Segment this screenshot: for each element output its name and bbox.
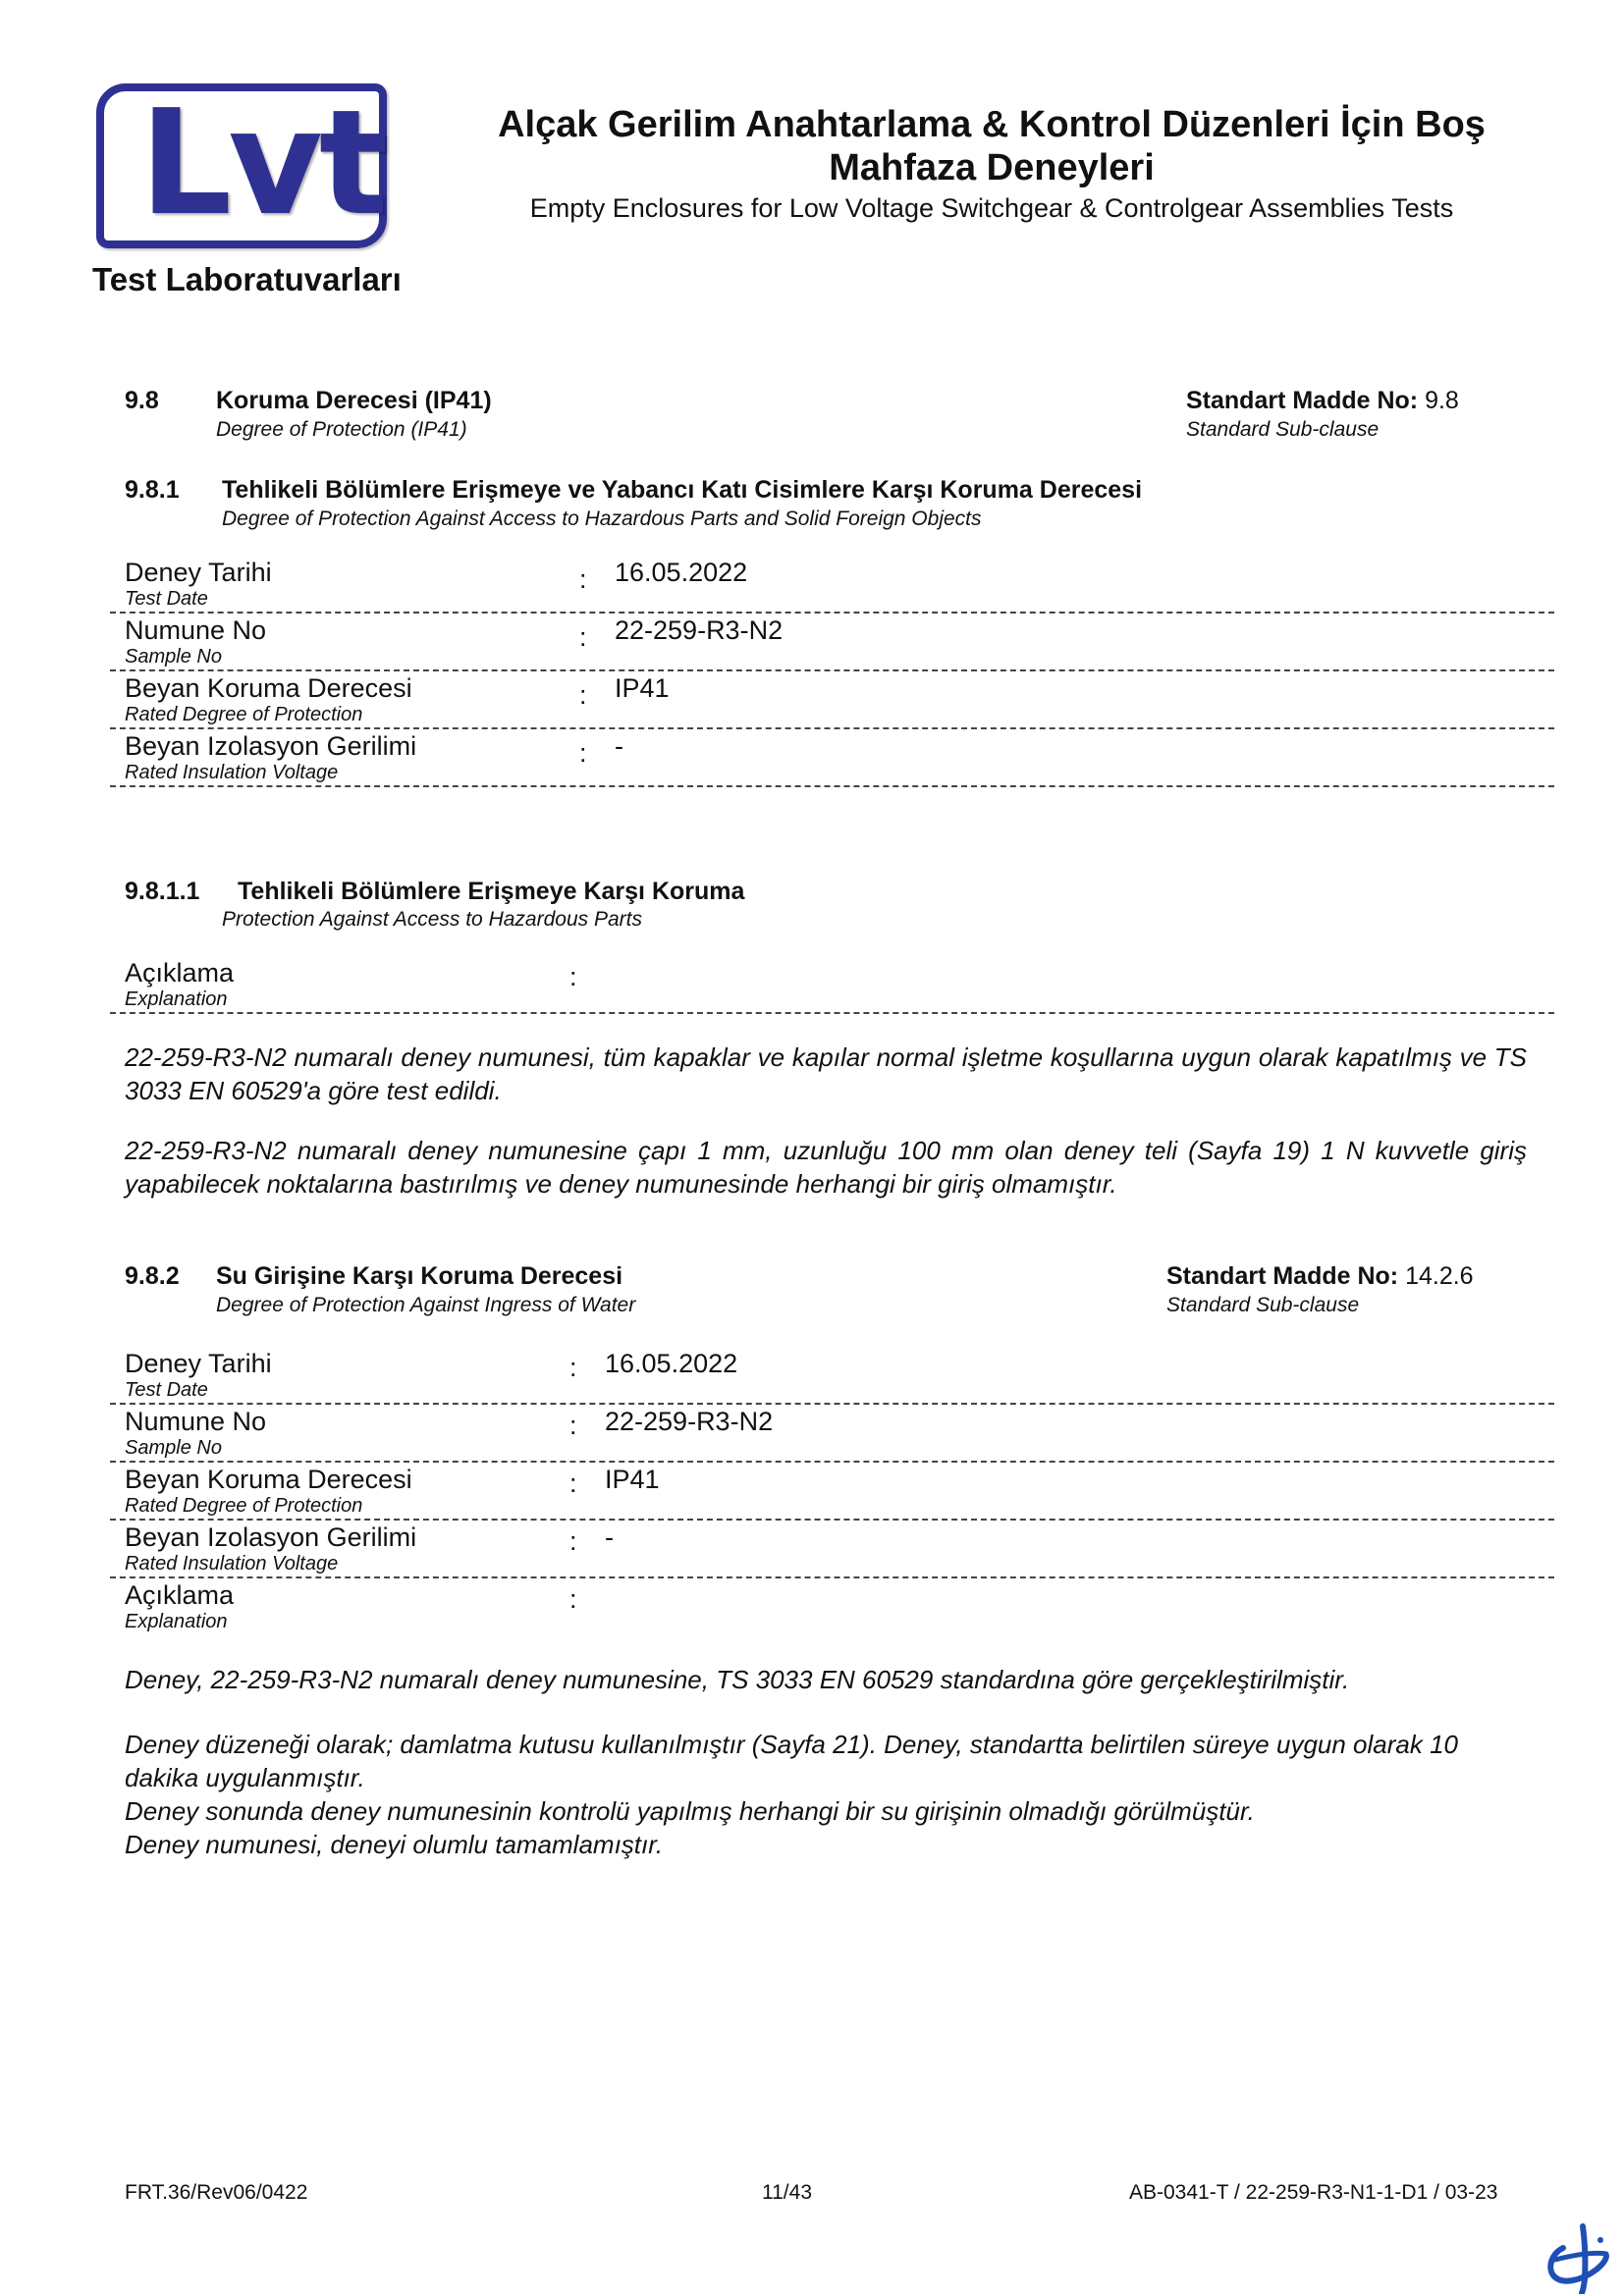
standard-clause-value: 9.8	[1425, 387, 1459, 414]
field-value: -	[605, 1522, 614, 1553]
signature-icon	[1542, 2220, 1620, 2294]
standard-clause-value: 14.2.6	[1405, 1262, 1474, 1290]
section-title: Tehlikeli Bölümlere Erişmeye ve Yabancı …	[222, 476, 1142, 505]
section-number: 9.8.1.1	[125, 878, 199, 906]
field-value: 22-259-R3-N2	[605, 1407, 773, 1437]
field-label: Numune No	[125, 1407, 266, 1437]
explanation-paragraph: Deney numunesi, deneyi olumlu tamamlamış…	[125, 1828, 1529, 1861]
table-row: Beyan Izolasyon Gerilimi Rated Insulatio…	[110, 1521, 1554, 1578]
table-row: Açıklama Explanation :	[110, 956, 1554, 1014]
field-label-en: Sample No	[125, 646, 222, 668]
document-subtitle: Empty Enclosures for Low Voltage Switchg…	[461, 193, 1522, 224]
table-row: Numune No Sample No : 22-259-R3-N2	[110, 614, 1554, 671]
document-title-line1: Alçak Gerilim Anahtarlama & Kontrol Düze…	[461, 104, 1522, 146]
field-value: IP41	[605, 1465, 660, 1495]
field-label-en: Test Date	[125, 1379, 208, 1402]
field-label-en: Rated Insulation Voltage	[125, 762, 338, 784]
standard-clause-label: Standart Madde No: 9.8	[1186, 387, 1459, 415]
field-label-en: Rated Degree of Protection	[125, 1495, 362, 1518]
section-number: 9.8	[125, 387, 159, 415]
field-separator: :	[569, 962, 577, 992]
standard-clause-label: Standart Madde No: 14.2.6	[1166, 1262, 1474, 1291]
explanation-paragraph: 22-259-R3-N2 numaralı deney numunesi, tü…	[125, 1041, 1527, 1107]
field-label-en: Explanation	[125, 1611, 228, 1633]
field-label-en: Explanation	[125, 988, 228, 1011]
section-title: Su Girişine Karşı Koruma Derecesi	[216, 1262, 622, 1291]
field-label: Beyan Koruma Derecesi	[125, 673, 412, 704]
field-separator: :	[569, 1353, 577, 1383]
field-separator: :	[579, 738, 587, 769]
explanation-paragraph: Deney düzeneği olarak; damlatma kutusu k…	[125, 1728, 1539, 1794]
field-label-en: Test Date	[125, 588, 208, 611]
field-value: -	[615, 731, 623, 762]
standard-clause-label-text: Standart Madde No:	[1186, 387, 1418, 414]
section-subtitle: Degree of Protection Against Ingress of …	[216, 1294, 635, 1317]
field-label-en: Sample No	[125, 1437, 222, 1460]
logo-caption: Test Laboratuvarları	[92, 261, 402, 298]
footer-report-reference: AB-0341-T / 22-259-R3-N1-1-D1 / 03-23	[1129, 2181, 1497, 2205]
standard-clause-sub: Standard Sub-clause	[1166, 1294, 1359, 1317]
section-subtitle: Protection Against Access to Hazardous P…	[222, 908, 642, 932]
field-separator: :	[569, 1584, 577, 1615]
explanation-paragraph: 22-259-R3-N2 numaralı deney numunesine ç…	[125, 1134, 1527, 1201]
section-subtitle: Degree of Protection (IP41)	[216, 418, 467, 442]
field-label: Beyan Izolasyon Gerilimi	[125, 1522, 416, 1553]
section-subtitle: Degree of Protection Against Access to H…	[222, 507, 982, 531]
table-row: Deney Tarihi Test Date : 16.05.2022	[110, 1347, 1554, 1405]
field-label: Numune No	[125, 615, 266, 646]
table-row: Numune No Sample No : 22-259-R3-N2	[110, 1405, 1554, 1463]
field-value: IP41	[615, 673, 670, 704]
field-label: Açıklama	[125, 1580, 234, 1611]
field-label-en: Rated Degree of Protection	[125, 704, 362, 726]
field-value: 16.05.2022	[615, 558, 747, 588]
standard-clause-sub: Standard Sub-clause	[1186, 418, 1379, 442]
footer-form-code: FRT.36/Rev06/0422	[125, 2181, 307, 2205]
table-row: Beyan Koruma Derecesi Rated Degree of Pr…	[110, 1463, 1554, 1521]
section-title: Koruma Derecesi (IP41)	[216, 387, 492, 415]
table-row: Deney Tarihi Test Date : 16.05.2022	[110, 556, 1554, 614]
section-number: 9.8.1	[125, 476, 180, 505]
field-label: Deney Tarihi	[125, 558, 272, 588]
document-title-line2: Mahfaza Deneyleri	[461, 147, 1522, 189]
field-label: Deney Tarihi	[125, 1349, 272, 1379]
section-number: 9.8.2	[125, 1262, 180, 1291]
table-row: Beyan Koruma Derecesi Rated Degree of Pr…	[110, 671, 1554, 729]
field-value: 22-259-R3-N2	[615, 615, 783, 646]
company-logo: Lvt	[139, 90, 385, 236]
section-title: Tehlikeli Bölümlere Erişmeye Karşı Korum…	[238, 878, 744, 906]
table-row: Beyan Izolasyon Gerilimi Rated Insulatio…	[110, 729, 1554, 787]
field-value: 16.05.2022	[605, 1349, 737, 1379]
standard-clause-label-text: Standart Madde No:	[1166, 1262, 1398, 1290]
field-separator: :	[569, 1411, 577, 1441]
field-label: Beyan Koruma Derecesi	[125, 1465, 412, 1495]
field-separator: :	[579, 622, 587, 653]
field-separator: :	[569, 1526, 577, 1557]
table-row: Açıklama Explanation :	[110, 1578, 1554, 1636]
field-separator: :	[579, 564, 587, 595]
field-label: Açıklama	[125, 958, 234, 988]
field-separator: :	[569, 1468, 577, 1499]
field-label-en: Rated Insulation Voltage	[125, 1553, 338, 1575]
footer-page-number: 11/43	[762, 2181, 812, 2205]
field-label: Beyan Izolasyon Gerilimi	[125, 731, 416, 762]
explanation-paragraph: Deney, 22-259-R3-N2 numaralı deney numun…	[125, 1663, 1529, 1696]
explanation-paragraph: Deney sonunda deney numunesinin kontrolü…	[125, 1794, 1529, 1828]
field-separator: :	[579, 680, 587, 711]
